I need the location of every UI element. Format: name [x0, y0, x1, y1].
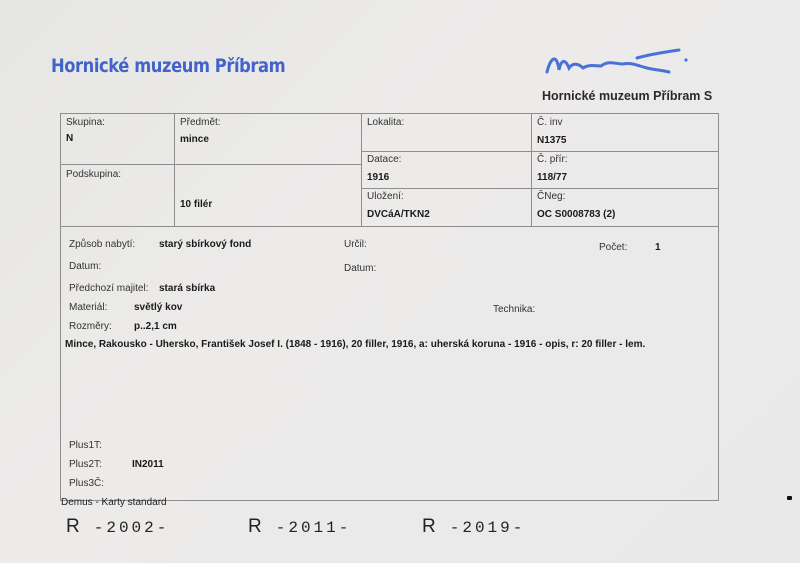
museum-name: Hornické muzeum Příbram S	[542, 89, 712, 103]
grid-divider	[361, 151, 718, 152]
grid-divider	[61, 164, 361, 165]
datace-value: 1916	[367, 172, 389, 183]
podskupina-label: Podskupina:	[66, 169, 121, 180]
revision-year: -2002-	[94, 519, 170, 537]
technika-label: Technika:	[493, 304, 535, 315]
plus3c-label: Plus3Č:	[69, 478, 104, 489]
grid-divider	[531, 114, 532, 227]
lokalita-label: Lokalita:	[367, 117, 404, 128]
revision-stamp: R-2011-	[248, 516, 351, 538]
zpusob-nabyti-label: Způsob nabytí:	[69, 239, 135, 250]
material-label: Materiál:	[69, 302, 107, 313]
predmet-label: Předmět:	[180, 117, 221, 128]
predchozi-majitel-label: Předchozí majitel:	[69, 283, 148, 294]
revision-mark: R	[422, 516, 436, 537]
grid-divider	[61, 226, 718, 227]
podskupina-value: 10 filér	[180, 199, 212, 210]
rozmery-label: Rozměry:	[69, 321, 112, 332]
plus1t-label: Plus1T:	[69, 440, 102, 451]
skupina-label: Skupina:	[66, 117, 105, 128]
revision-year: -2011-	[276, 519, 352, 537]
c-prir-label: Č. přír:	[537, 154, 568, 165]
cneg-value: OC S0008783 (2)	[537, 209, 615, 220]
revision-mark: R	[248, 516, 262, 537]
revision-stamp: R-2019-	[422, 516, 525, 538]
datum-label: Datum:	[69, 261, 101, 272]
zpusob-nabyti-value: starý sbírkový fond	[159, 239, 251, 250]
revision-mark: R	[66, 516, 80, 537]
plus2t-label: Plus2T:	[69, 459, 102, 470]
pocet-label: Počet:	[599, 242, 627, 253]
datace-label: Datace:	[367, 154, 401, 165]
catalog-card: Skupina: N Předmět: mince Podskupina: 10…	[60, 113, 719, 501]
museum-stamp: Hornické muzeum Příbram	[51, 55, 285, 77]
cneg-label: ČNeg:	[537, 191, 565, 202]
grid-divider	[361, 188, 718, 189]
skupina-value: N	[66, 133, 73, 144]
revision-year: -2019-	[450, 519, 526, 537]
card-template-name: Demus - Karty standard	[61, 497, 167, 508]
ulozeni-label: Uložení:	[367, 191, 404, 202]
grid-divider	[174, 114, 175, 227]
rozmery-value: p..2,1 cm	[134, 321, 177, 332]
ulozeni-value: DVCáA/TKN2	[367, 209, 430, 220]
predchozi-majitel-value: stará sbírka	[159, 283, 215, 294]
c-inv-label: Č. inv	[537, 117, 563, 128]
ink-dot	[787, 496, 792, 500]
pocet-value: 1	[655, 242, 661, 253]
c-inv-value: N1375	[537, 135, 566, 146]
predmet-value: mince	[180, 134, 209, 145]
plus2t-value: IN2011	[132, 459, 164, 470]
signature-icon	[543, 46, 693, 82]
description-text: Mince, Rakousko - Uhersko, František Jos…	[65, 339, 645, 350]
revision-stamp: R-2002-	[66, 516, 169, 538]
grid-divider	[361, 114, 362, 227]
urcil-label: Určil:	[344, 239, 367, 250]
datum-urceni-label: Datum:	[344, 263, 376, 274]
material-value: světlý kov	[134, 302, 182, 313]
c-prir-value: 118/77	[537, 172, 567, 183]
